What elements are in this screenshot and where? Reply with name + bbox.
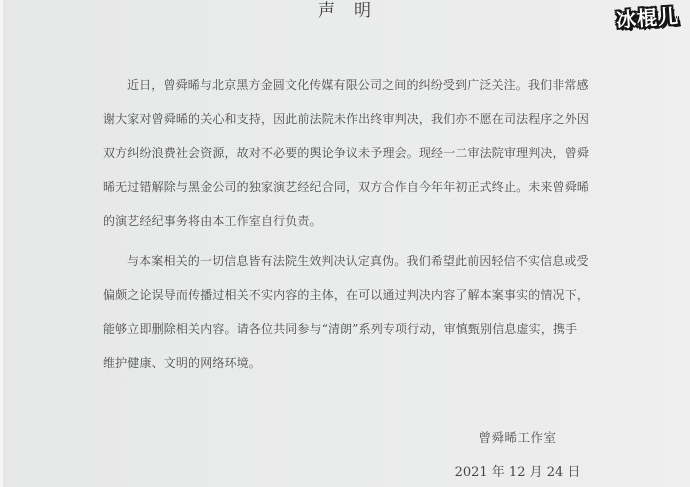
statement-date: 2021 年 12 月 24 日 xyxy=(420,464,615,482)
page-left-edge-highlight xyxy=(0,0,3,487)
text-line: 与本案相关的一切信息皆有法院生效判决认定真伪。我们希望此前因轻信不实信息或受 xyxy=(103,244,590,278)
paragraph-1: 近日，曾舜晞与北京黑方金圆文化传媒有限公司之间的纠纷受到广泛关注。我们非常感 谢… xyxy=(103,68,590,238)
statement-body: 近日，曾舜晞与北京黑方金圆文化传媒有限公司之间的纠纷受到广泛关注。我们非常感 谢… xyxy=(103,68,590,380)
signature: 曾舜晞工作室 xyxy=(420,428,615,447)
text-line: 双方纠纷浪费社会资源，故对不必要的舆论争议未予理会。现经一二审法院审理判决，曾舜 xyxy=(103,136,590,170)
signature-block: 曾舜晞工作室 2021 年 12 月 24 日 xyxy=(420,428,615,482)
watermark-sticker: 冰棍儿 xyxy=(615,4,680,32)
text-line: 能够立即删除相关内容。请各位共同参与“清朗”系列专项行动，审慎甄别信息虚实，携手 xyxy=(103,312,590,346)
text-line: 的演艺经纪事务将由本工作室自行负责。 xyxy=(103,204,590,238)
text-line: 偏颇之论误导而传播过相关不实内容的主体，在可以通过判决内容了解本案事实的情况下， xyxy=(103,278,590,312)
page-title: 声 明 xyxy=(0,1,690,21)
text-line: 谢大家对曾舜晞的关心和支持，因此前法院未作出终审判决，我们亦不愿在司法程序之外因 xyxy=(103,102,590,136)
statement-page: { "page": { "title": "声 明", "watermark":… xyxy=(0,0,690,487)
paragraph-2: 与本案相关的一切信息皆有法院生效判决认定真伪。我们希望此前因轻信不实信息或受 偏… xyxy=(103,244,590,380)
text-line: 晞无过错解除与黑金公司的独家演艺经纪合同，双方合作自今年年初正式终止。未来曾舜晞 xyxy=(103,170,590,204)
text-line: 维护健康、文明的网络环境。 xyxy=(103,346,590,380)
text-line: 近日，曾舜晞与北京黑方金圆文化传媒有限公司之间的纠纷受到广泛关注。我们非常感 xyxy=(103,68,590,102)
